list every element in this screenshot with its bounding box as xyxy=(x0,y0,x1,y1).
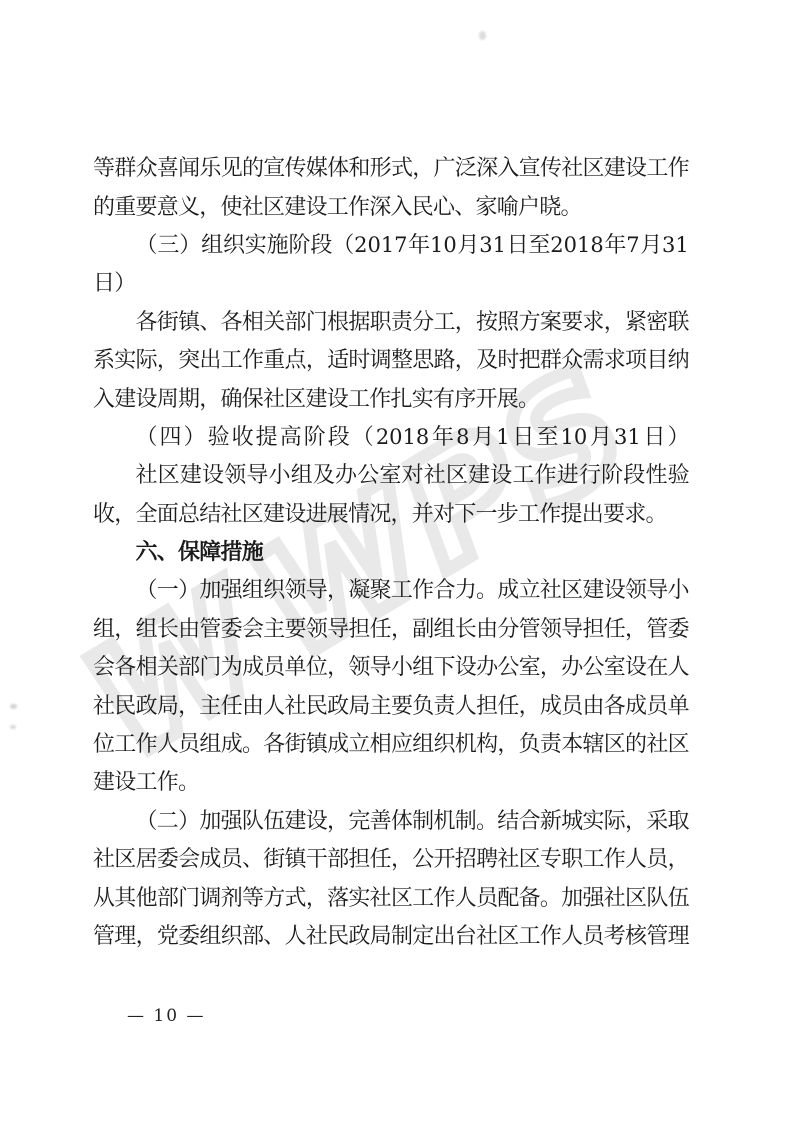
text-char: 入 xyxy=(497,158,518,180)
text-char: 高 xyxy=(280,427,301,449)
text-char: 应 xyxy=(391,734,412,756)
text-char: 展 xyxy=(497,389,518,411)
text-char: 办 xyxy=(335,465,356,487)
text-char: 室 xyxy=(379,465,400,487)
text-line: （二）加强队伍建设，完善体制机制。结合新城实际，采取 xyxy=(93,803,689,841)
text-char: ， xyxy=(157,350,178,372)
text-line: （一）加强组织领导，凝聚工作合力。成立社区建设领导小 xyxy=(93,572,689,610)
text-char: 群 xyxy=(114,158,135,180)
text-char: 群 xyxy=(540,350,561,372)
text-char: 社 xyxy=(221,504,242,526)
text-char: 小 xyxy=(269,465,290,487)
text-char: 下 xyxy=(454,504,475,526)
text-char: 伍 xyxy=(263,811,284,833)
document-lines: 等群众喜闻乐见的宣传媒体和形式，广泛深入宣传社区建设工作的重要意义，使社区建设工… xyxy=(93,150,689,956)
text-char: 建 xyxy=(284,197,305,219)
text-char: 区 xyxy=(497,926,518,948)
text-char: 责 xyxy=(540,734,561,756)
text-char: 专 xyxy=(540,849,561,871)
text-char: 心 xyxy=(433,197,454,219)
text-char: 员 xyxy=(582,926,603,948)
text-char: 位 xyxy=(93,734,114,756)
text-char: 委 xyxy=(178,926,199,948)
text-char: 时 xyxy=(497,350,518,372)
text-char: 凝 xyxy=(348,580,369,602)
text-char: 工 xyxy=(412,888,433,910)
text-char: 社 xyxy=(370,888,391,910)
text-char: 设 xyxy=(284,504,305,526)
text-char: 社 xyxy=(476,926,497,948)
text-char: 要 xyxy=(285,619,306,641)
text-char: 收 xyxy=(93,504,114,526)
text-char: ， xyxy=(199,197,220,219)
text-char: 分 xyxy=(497,619,518,641)
text-char: 出 xyxy=(199,350,220,372)
text-char: ， xyxy=(178,696,199,718)
text-char: 等 xyxy=(93,158,114,180)
text-char: 作 xyxy=(369,389,390,411)
text-char: 设 xyxy=(306,811,327,833)
text-char: 区 xyxy=(582,158,603,180)
text-char: ） xyxy=(178,580,199,602)
text-char: 年 xyxy=(604,235,625,257)
text-char: 办 xyxy=(561,657,582,679)
text-char: 工 xyxy=(114,734,135,756)
text-char: 的 xyxy=(625,734,646,756)
text-char: ， xyxy=(455,350,476,372)
text-line: 系实际，突出工作重点，适时调整思路，及时把群众需求项目纳 xyxy=(93,342,689,380)
text-char: 际 xyxy=(136,350,157,372)
text-char: 一 xyxy=(476,504,497,526)
text-char: 室 xyxy=(519,657,540,679)
text-char: 扎 xyxy=(391,389,412,411)
text-char: ， xyxy=(306,350,327,372)
text-char: 落 xyxy=(327,888,348,910)
text-char: 实 xyxy=(582,811,603,833)
text-char: 施 xyxy=(242,542,263,564)
text-word: 31 xyxy=(662,235,689,256)
text-char: 周 xyxy=(157,389,178,411)
text-char: 社 xyxy=(93,849,114,871)
text-char: 实 xyxy=(348,888,369,910)
text-char: 实 xyxy=(114,350,135,372)
text-char: 强 xyxy=(221,811,242,833)
text-char: 、 xyxy=(454,197,475,219)
text-char: 人 xyxy=(455,696,476,718)
text-char: 路 xyxy=(434,350,455,372)
text-char: 员 xyxy=(476,888,497,910)
text-char: 步 xyxy=(497,504,518,526)
text-char: 人 xyxy=(625,849,646,871)
text-char: 建 xyxy=(284,811,305,833)
text-char: 政 xyxy=(327,696,348,718)
text-char: 部 xyxy=(178,657,199,679)
text-char: 保 xyxy=(242,389,263,411)
text-word: 10 xyxy=(430,235,457,256)
text-char: 单 xyxy=(668,696,689,718)
text-char: 宣 xyxy=(519,158,540,180)
text-char: 结 xyxy=(199,504,220,526)
text-word: 10 xyxy=(560,427,587,448)
text-char: ） xyxy=(178,811,199,833)
text-char: 。 xyxy=(646,504,667,526)
text-char: 职 xyxy=(370,312,391,334)
scan-artifact xyxy=(10,704,17,709)
document-page: WWPS 等群众喜闻乐见的宣传媒体和形式，广泛深入宣传社区建设工作的重要意义，使… xyxy=(0,0,793,1123)
text-line: 的重要意义，使社区建设工作深入民心、家喻户晓。 xyxy=(93,188,689,226)
text-char: 公 xyxy=(582,657,603,679)
text-char: 段 xyxy=(623,465,644,487)
text-line: 管理，党委组织部、人社民政局制定出台社区工作人员考核管理 xyxy=(93,918,689,956)
text-char: 人 xyxy=(285,926,306,948)
text-char: 管 xyxy=(93,926,114,948)
text-char: 街 xyxy=(263,849,284,871)
text-char: 社 xyxy=(497,849,518,871)
text-char: 、 xyxy=(242,849,263,871)
text-char: 区 xyxy=(561,580,582,602)
text-char: 社 xyxy=(93,696,114,718)
text-char: 、 xyxy=(263,926,284,948)
text-char: 区 xyxy=(284,389,305,411)
text-char: 制 xyxy=(412,811,433,833)
text-char: 展 xyxy=(327,504,348,526)
text-char: 采 xyxy=(646,811,667,833)
text-char: ） xyxy=(184,427,205,449)
text-word: 2017 xyxy=(354,235,407,256)
scan-artifact xyxy=(479,31,486,40)
text-char: 担 xyxy=(348,619,369,641)
text-char: 会 xyxy=(93,657,114,679)
text-char: 月 xyxy=(640,235,661,257)
text-char: 密 xyxy=(646,312,667,334)
text-char: 众 xyxy=(136,158,157,180)
text-word: 2018 xyxy=(376,427,429,448)
text-char: 善 xyxy=(370,811,391,833)
text-line: 位工作人员组成。各街镇成立相应组织机构，负责本辖区的社区 xyxy=(93,726,689,764)
text-char: 社 xyxy=(540,580,561,602)
text-line: 各街镇、各相关部门根据职责分工，按照方案要求，紧密联 xyxy=(93,304,689,342)
text-char: 领 xyxy=(625,580,646,602)
text-char: 工 xyxy=(348,389,369,411)
text-char: 导 xyxy=(246,465,267,487)
text-char: 主 xyxy=(199,696,220,718)
text-char: ， xyxy=(327,580,348,602)
text-char: 任 xyxy=(497,696,518,718)
text-char: ， xyxy=(497,734,518,756)
text-char: 组 xyxy=(434,619,455,641)
text-char: 体 xyxy=(327,158,348,180)
text-char: 有 xyxy=(433,389,454,411)
text-char: 组 xyxy=(136,619,157,641)
text-char: 小 xyxy=(668,580,689,602)
text-char: 照 xyxy=(497,312,518,334)
text-line: 日） xyxy=(93,265,689,303)
text-char: 任 xyxy=(370,619,391,641)
text-char: 乐 xyxy=(199,158,220,180)
text-char: 组 xyxy=(412,657,433,679)
text-char: 成 xyxy=(625,696,646,718)
text-char: 担 xyxy=(476,696,497,718)
text-char: 。 xyxy=(476,811,497,833)
text-char: 二 xyxy=(157,811,178,833)
text-char: 民 xyxy=(327,926,348,948)
text-char: 位 xyxy=(306,657,327,679)
text-char: 组 xyxy=(93,619,114,641)
text-char: 和 xyxy=(348,158,369,180)
text-line: 社区居委会成员、街镇干部担任，公开招聘社区专职工作人员， xyxy=(93,841,689,879)
text-char: 建 xyxy=(582,580,603,602)
text-char: 见 xyxy=(221,158,242,180)
text-char: 人 xyxy=(157,734,178,756)
text-char: （ xyxy=(352,427,373,449)
text-char: 总 xyxy=(178,504,199,526)
text-char: 门 xyxy=(306,312,327,334)
text-char: 出 xyxy=(582,504,603,526)
text-char: 、 xyxy=(199,312,220,334)
text-char: 据 xyxy=(348,312,369,334)
text-char: 要 xyxy=(561,312,582,334)
text-char: 重 xyxy=(114,197,135,219)
text-char: ， xyxy=(327,811,348,833)
text-char: 干 xyxy=(306,849,327,871)
text-char: 员 xyxy=(178,734,199,756)
text-char: 成 xyxy=(327,734,348,756)
text-char: 喻 xyxy=(497,197,518,219)
text-char: 立 xyxy=(348,734,369,756)
text-char: 情 xyxy=(348,504,369,526)
text-char: 思 xyxy=(412,350,433,372)
text-char: 各 xyxy=(114,657,135,679)
text-char: 人 xyxy=(263,696,284,718)
text-char: 区 xyxy=(668,734,689,756)
text-char: 辖 xyxy=(582,734,603,756)
text-char: 门 xyxy=(199,657,220,679)
text-char: 领 xyxy=(348,657,369,679)
text-char: 工 xyxy=(327,197,348,219)
text-char: ） xyxy=(668,427,689,449)
text-char: 核 xyxy=(625,926,646,948)
text-char: 区 xyxy=(604,734,625,756)
text-char: 镇 xyxy=(285,849,306,871)
text-char: 设 xyxy=(327,389,348,411)
text-char: 局 xyxy=(370,926,391,948)
text-char: 及 xyxy=(476,350,497,372)
text-char: 成 xyxy=(242,657,263,679)
text-char: 公 xyxy=(357,465,378,487)
text-char: 及 xyxy=(313,465,334,487)
text-char: 日 xyxy=(644,427,665,449)
text-char: 设 xyxy=(306,197,327,219)
text-char: 委 xyxy=(221,619,242,641)
text-char: 员 xyxy=(646,849,667,871)
scan-artifact xyxy=(10,725,16,729)
text-char: 建 xyxy=(180,465,201,487)
text-char: 工 xyxy=(582,849,603,871)
text-char: 年 xyxy=(408,235,429,257)
text-char: 工 xyxy=(512,465,533,487)
text-char: 设 xyxy=(604,580,625,602)
text-char: 施 xyxy=(267,235,288,257)
text-char: 区 xyxy=(263,197,284,219)
text-char: 小 xyxy=(391,657,412,679)
text-char: ， xyxy=(306,888,327,910)
text-char: 根 xyxy=(327,312,348,334)
section-heading: 六、保障措施 xyxy=(93,534,689,572)
text-char: 求 xyxy=(582,312,603,334)
text-char: 伍 xyxy=(668,888,689,910)
text-char: 区 xyxy=(446,465,467,487)
text-char: 组 xyxy=(291,465,312,487)
text-char: 形 xyxy=(370,158,391,180)
text-char: 要 xyxy=(136,197,157,219)
text-char: 系 xyxy=(93,350,114,372)
text-char: 责 xyxy=(434,696,455,718)
text-char: 由 xyxy=(178,619,199,641)
text-char: 相 xyxy=(136,657,157,679)
text-char: 工 xyxy=(646,158,667,180)
text-char: 定 xyxy=(412,926,433,948)
text-char: 建 xyxy=(604,158,625,180)
text-char: 纳 xyxy=(668,350,689,372)
text-char: 员 xyxy=(221,849,242,871)
text-char: 的 xyxy=(93,197,114,219)
text-char: 理 xyxy=(114,926,135,948)
text-char: 管 xyxy=(646,926,667,948)
text-char: ， xyxy=(668,849,689,871)
text-char: ） xyxy=(179,235,200,257)
text-char: 入 xyxy=(93,389,114,411)
text-char: 员 xyxy=(263,657,284,679)
text-char: ， xyxy=(540,657,561,679)
text-char: 整 xyxy=(391,350,412,372)
text-char: 作 xyxy=(434,888,455,910)
text-char: 对 xyxy=(433,504,454,526)
text-char: 领 xyxy=(540,619,561,641)
text-char: 喜 xyxy=(157,158,178,180)
text-char: ， xyxy=(391,619,412,641)
text-char: 立 xyxy=(519,580,540,602)
text-char: 措 xyxy=(221,542,242,564)
text-char: （ xyxy=(136,427,157,449)
text-char: 作 xyxy=(348,197,369,219)
text-char: 确 xyxy=(221,389,242,411)
text-char: 。 xyxy=(178,772,199,794)
text-char: 成 xyxy=(199,849,220,871)
text-char: 社 xyxy=(306,926,327,948)
text-char: 。 xyxy=(561,197,582,219)
text-char: 从 xyxy=(93,888,114,910)
text-char: 障 xyxy=(199,542,220,564)
text-char: ， xyxy=(625,811,646,833)
text-char: 完 xyxy=(348,811,369,833)
text-char: 各 xyxy=(263,734,284,756)
text-char: 员 xyxy=(646,696,667,718)
text-char: 社 xyxy=(561,158,582,180)
text-line: 社区建设领导小组及办公室对社区建设工作进行阶段性验 xyxy=(93,457,689,495)
text-line: 组，组长由管委会主要领导担任，副组长由分管领导担任，管委 xyxy=(93,611,689,649)
text-char: 并 xyxy=(412,504,433,526)
text-char: 调 xyxy=(370,350,391,372)
text-char: 出 xyxy=(434,926,455,948)
text-char: 领 xyxy=(306,619,327,641)
text-char: 任 xyxy=(370,849,391,871)
text-char: 建 xyxy=(93,772,114,794)
text-char: 至 xyxy=(528,235,549,257)
text-char: 局 xyxy=(348,696,369,718)
text-char: 提 xyxy=(256,427,277,449)
text-char: 阶 xyxy=(601,465,622,487)
text-char: 作 xyxy=(157,772,178,794)
text-char: 设 xyxy=(136,389,157,411)
text-char: 镇 xyxy=(178,312,199,334)
text-char: 新 xyxy=(540,811,561,833)
text-char: 部 xyxy=(327,849,348,871)
text-word: 1 xyxy=(496,427,509,448)
text-char: 点 xyxy=(285,350,306,372)
text-char: 单 xyxy=(285,657,306,679)
text-char: 工 xyxy=(391,580,412,602)
text-char: 建 xyxy=(306,389,327,411)
text-char: 管 xyxy=(199,619,220,641)
text-char: 求 xyxy=(624,504,645,526)
text-char: ， xyxy=(519,696,540,718)
text-char: 。 xyxy=(540,888,561,910)
text-char: 工 xyxy=(433,312,454,334)
text-char: 剂 xyxy=(221,888,242,910)
text-char: 段 xyxy=(328,427,349,449)
text-char: 制 xyxy=(391,926,412,948)
text-char: 日 xyxy=(93,273,114,295)
text-char: 台 xyxy=(455,926,476,948)
text-char: 织 xyxy=(263,580,284,602)
text-line: 收，全面总结社区建设进展情况，并对下一步工作提出要求。 xyxy=(93,496,689,534)
text-char: 项 xyxy=(625,350,646,372)
text-char: 进 xyxy=(306,504,327,526)
text-char: 各 xyxy=(604,696,625,718)
text-char: 作 xyxy=(540,926,561,948)
text-line: 建设工作。 xyxy=(93,764,689,802)
text-char: 一 xyxy=(157,580,178,602)
text-char: 导 xyxy=(306,580,327,602)
text-char: 门 xyxy=(178,888,199,910)
text-char: 加 xyxy=(199,811,220,833)
text-char: 时 xyxy=(348,350,369,372)
text-char: 任 xyxy=(604,619,625,641)
text-char: 聘 xyxy=(476,849,497,871)
text-line: 从其他部门调剂等方式，落实社区工作人员配备。加强社区队伍 xyxy=(93,879,689,917)
text-char: 镇 xyxy=(306,734,327,756)
text-char: 成 xyxy=(540,696,561,718)
text-line: （三）组织实施阶段（2017年10月31日至2018年7月31 xyxy=(93,227,689,265)
text-char: 深 xyxy=(369,197,390,219)
text-char: 结 xyxy=(497,811,518,833)
text-char: 分 xyxy=(412,312,433,334)
text-char: 区 xyxy=(391,888,412,910)
text-char: 家 xyxy=(476,197,497,219)
page-number: — 10 — xyxy=(127,1006,205,1026)
text-char: 副 xyxy=(412,619,433,641)
text-char: 设 xyxy=(455,657,476,679)
text-char: 办 xyxy=(476,657,497,679)
text-char: 方 xyxy=(519,312,540,334)
text-char: 政 xyxy=(348,926,369,948)
text-char: 广 xyxy=(434,158,455,180)
text-char: ， xyxy=(625,619,646,641)
text-char: 设 xyxy=(490,465,511,487)
text-char: 按 xyxy=(476,312,497,334)
text-char: 会 xyxy=(242,619,263,641)
text-char: 本 xyxy=(561,734,582,756)
